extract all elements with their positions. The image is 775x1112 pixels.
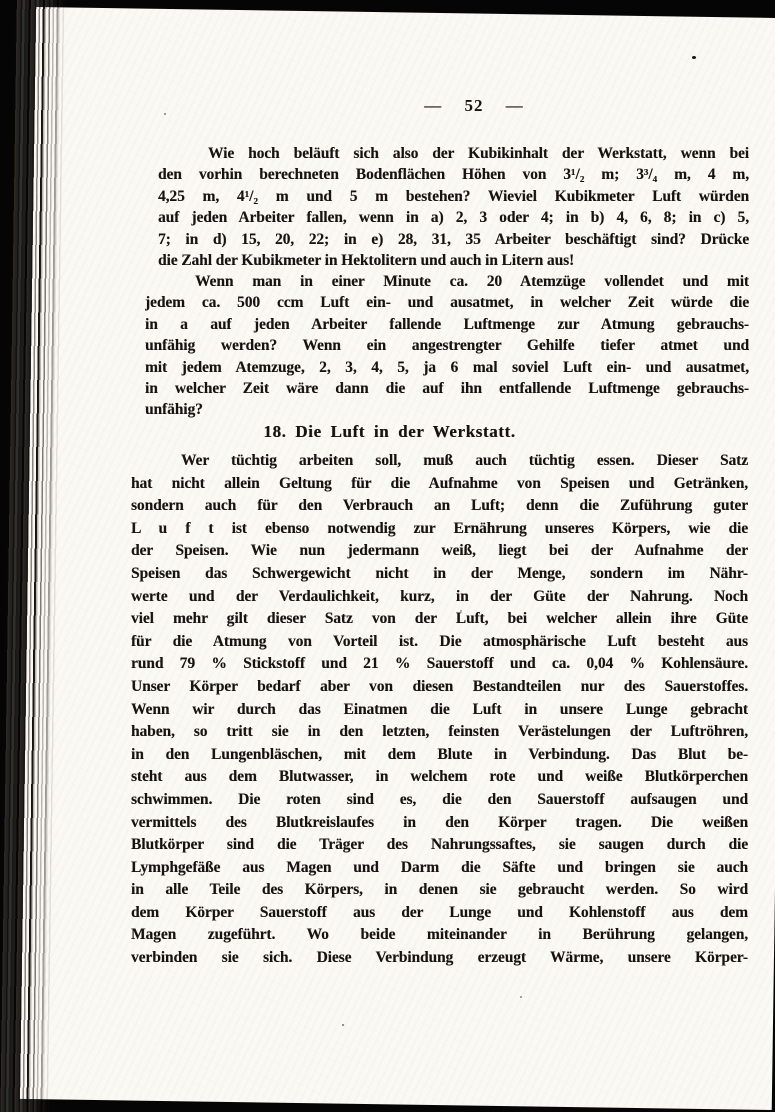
text-line: schwimmen. Die roten sind es, die den Sa… bbox=[131, 789, 748, 812]
text-line: den vorhin berechneten Bodenflächen Höhe… bbox=[158, 164, 749, 185]
text-line: auf jeden Arbeiter fallen, wenn in a) 2,… bbox=[158, 207, 749, 228]
text-line: in den Lungenbläschen, mit dem Blute in … bbox=[131, 744, 748, 767]
page-content: — 52 — Wie hoch beläuft sich also der Ku… bbox=[0, 0, 775, 1112]
text-line: unfähig werden? Wenn ein angestrengter G… bbox=[145, 335, 749, 356]
text-line: mit jedem Atemzuge, 2, 3, 4, 5, ja 6 mal… bbox=[145, 357, 749, 378]
text-line: der Speisen. Wie nun jedermann weiß, lie… bbox=[131, 540, 748, 563]
text-line: rund 79 % Stickstoff und 21 % Sauerstoff… bbox=[131, 653, 748, 676]
text-line: sondern auch für den Verbrauch an Luft; … bbox=[131, 495, 748, 518]
scan-speck bbox=[460, 610, 462, 612]
text-line: Wer tüchtig arbeiten soll, muß auch tüch… bbox=[131, 450, 748, 473]
text-line: Wenn man in einer Minute ca. 20 Atemzüge… bbox=[145, 271, 749, 292]
section-heading: 18. Die Luft in der Werkstatt. bbox=[81, 422, 698, 442]
text-line: steht aus dem Blutwasser, in welchem rot… bbox=[131, 766, 748, 789]
text-line: verbinden sie sich. Diese Verbindung erz… bbox=[131, 947, 748, 970]
paragraph-exercise-volume: Wie hoch beläuft sich also der Kubikinha… bbox=[158, 143, 749, 271]
text-line: hat nicht allein Geltung für die Aufnahm… bbox=[131, 473, 748, 496]
scan-speck bbox=[692, 56, 696, 59]
text-line: 7; in d) 15, 20, 22; in e) 28, 31, 35 Ar… bbox=[158, 229, 749, 250]
text-line: dem Körper Sauerstoff aus der Lunge und … bbox=[131, 902, 748, 925]
text-line: unfähig? bbox=[145, 399, 749, 420]
paragraph-exercise-breathing: Wenn man in einer Minute ca. 20 Atemzüge… bbox=[145, 271, 749, 421]
scan-speck bbox=[342, 1024, 344, 1026]
text-line: L u f t ist ebenso notwendig zur Ernähru… bbox=[131, 518, 748, 541]
text-line: Wie hoch beläuft sich also der Kubikinha… bbox=[158, 143, 749, 164]
text-line: Lymphgefäße aus Magen und Darm die Säfte… bbox=[131, 857, 748, 880]
text-line: in welcher Zeit wäre dann die auf ihn en… bbox=[145, 378, 749, 399]
text-line: Magen zugeführt. Wo beide miteinander in… bbox=[131, 924, 748, 947]
text-line: Wenn wir durch das Einatmen die Luft in … bbox=[131, 699, 748, 722]
text-line: Speisen das Schwergewicht nicht in der M… bbox=[131, 563, 748, 586]
text-line: haben, so tritt sie in den letzten, fein… bbox=[131, 721, 748, 744]
scanned-book-page: — 52 — Wie hoch beläuft sich also der Ku… bbox=[0, 0, 775, 1112]
text-line: werte und der Verdaulichkeit, kurz, in d… bbox=[131, 586, 748, 609]
text-line: jedem ca. 500 ccm Luft ein- und ausatmet… bbox=[145, 292, 749, 313]
text-line: Unser Körper bedarf aber von diesen Best… bbox=[131, 676, 748, 699]
text-line: Blutkörper sind die Träger des Nahrungss… bbox=[131, 834, 748, 857]
text-line: 4,25 m, 4¹/₂ m und 5 m bestehen? Wieviel… bbox=[158, 186, 749, 207]
paragraph-section-body: Wer tüchtig arbeiten soll, muß auch tüch… bbox=[131, 450, 748, 970]
scan-speck bbox=[520, 996, 522, 998]
text-line: in alle Teile des Körpers, in denen sie … bbox=[131, 879, 748, 902]
text-line: in a auf jeden Arbeiter fallende Luftmen… bbox=[145, 314, 749, 335]
text-line: die Zahl der Kubikmeter in Hektolitern u… bbox=[158, 250, 749, 271]
text-line: viel mehr gilt dieser Satz von der Luft,… bbox=[131, 608, 748, 631]
text-line: für die Atmung von Vorteil ist. Die atmo… bbox=[131, 631, 748, 654]
scan-speck bbox=[164, 113, 166, 115]
page-number: — 52 — bbox=[374, 96, 574, 116]
text-line: vermittels des Blutkreislaufes in den Kö… bbox=[131, 812, 748, 835]
